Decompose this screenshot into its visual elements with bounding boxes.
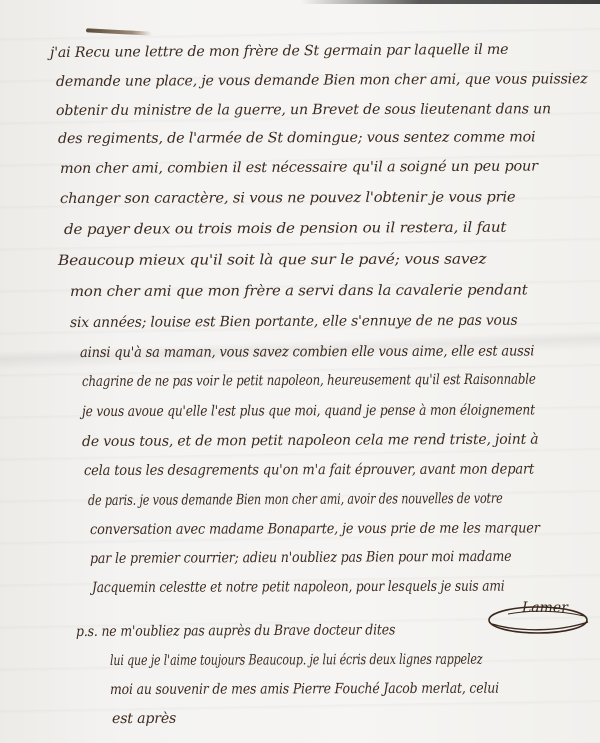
letter-line: six années; louise est Bien portante, el… bbox=[70, 313, 517, 331]
letter-line: conversation avec madame Bonaparte, je v… bbox=[90, 520, 540, 538]
letter-line: de paris. je vous demande Bien mon cher … bbox=[88, 491, 503, 509]
letter-line: mon cher ami, combien il est nécessaire … bbox=[60, 158, 538, 177]
letter-line: Jacquemin celestte et notre petit napole… bbox=[92, 579, 504, 596]
letter-line: changer son caractère, si vous ne pouvez… bbox=[60, 189, 516, 207]
letter-line: cela tous les desagrements qu'on m'a fai… bbox=[84, 461, 534, 479]
postscript-line: p.s. ne m'oubliez pas auprès du Brave do… bbox=[76, 622, 395, 640]
letter-line: de payer deux ou trois mois de pension o… bbox=[64, 220, 506, 238]
letter-line: je vous avoue qu'elle l'est plus que moi… bbox=[82, 402, 535, 420]
page-top-edge-shadow bbox=[300, 0, 600, 4]
letter-line: par le premier courrier; adieu n'oubliez… bbox=[90, 549, 512, 567]
letter-line: des regiments, de l'armée de St domingue… bbox=[58, 129, 535, 147]
ink-smudge-mark bbox=[86, 28, 152, 35]
postscript-line: est après bbox=[112, 711, 176, 727]
postscript-line: lui que je l'aime toujours Beaucoup. je … bbox=[110, 652, 482, 669]
postscript-line: moi au souvenir de mes amis Pierre Fouch… bbox=[110, 681, 499, 698]
letter-line: mon cher ami que mon frère a servi dans … bbox=[70, 282, 528, 300]
letter-line: Beaucoup mieux qu'il soit là que sur le … bbox=[58, 252, 486, 269]
signature: Lamer bbox=[488, 596, 592, 636]
letter-line: demande une place, je vous demande Bien … bbox=[56, 71, 588, 90]
letter-line: j'ai Recu une lettre de mon frère de St … bbox=[50, 42, 508, 61]
signature-name: Lamer bbox=[522, 600, 568, 616]
letter-line: de vous tous, et de mon petit napoleon c… bbox=[82, 432, 539, 450]
letter-line: ainsi qu'à sa maman, vous savez combien … bbox=[80, 343, 534, 361]
letter-line: obtenir du ministre de la guerre, un Bre… bbox=[56, 101, 551, 119]
letter-line: chagrine de ne pas voir le petit napoleo… bbox=[82, 372, 536, 390]
letter-page: j'ai Recu une lettre de mon frère de St … bbox=[0, 0, 600, 743]
